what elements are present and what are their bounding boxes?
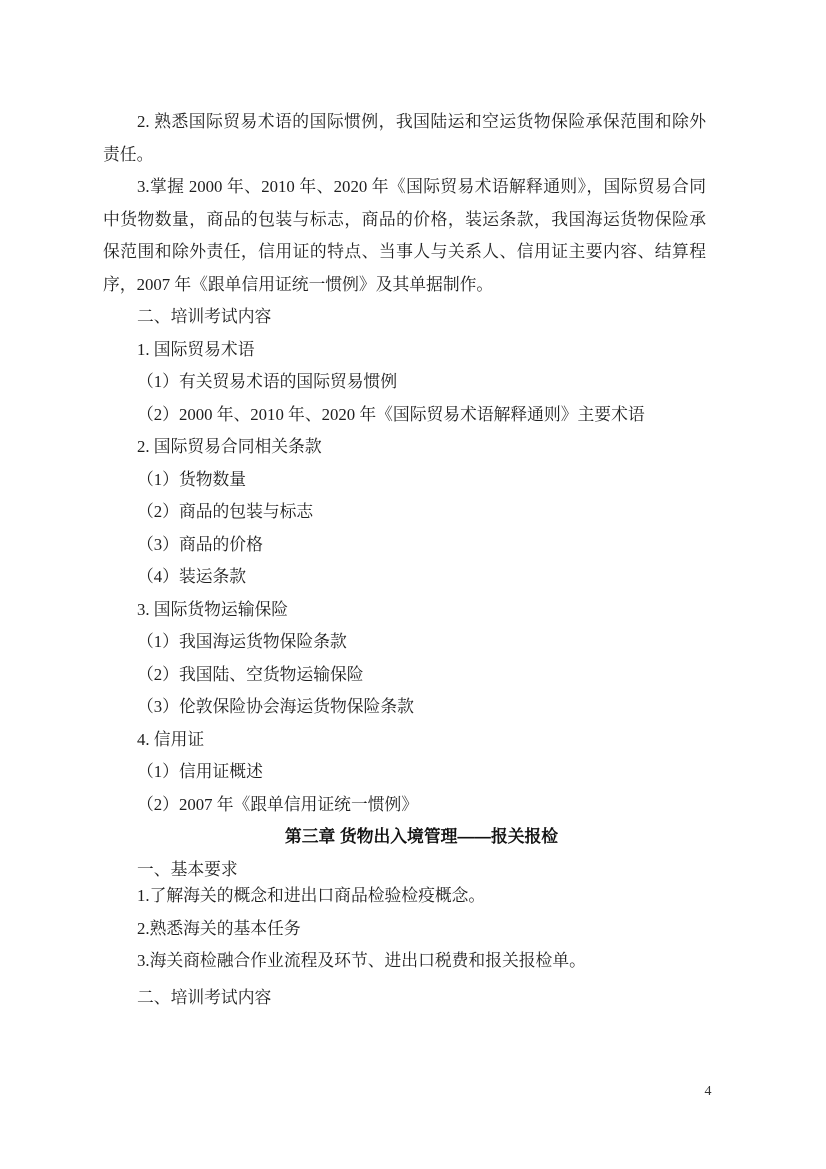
outline-item: （2）商品的包装与标志 (103, 496, 706, 529)
training-content-heading: 二、培训考试内容 (103, 301, 706, 334)
document-page: 2. 熟悉国际贸易术语的国际惯例，我国陆运和空运货物保险承保范围和除外责任。 3… (0, 0, 826, 1169)
outline-item: （3）商品的价格 (103, 529, 706, 562)
training-content-heading-chapter3: 二、培训考试内容 (103, 982, 706, 1015)
requirement-paragraph-2: 2. 熟悉国际贸易术语的国际惯例，我国陆运和空运货物保险承保范围和除外责任。 (103, 106, 706, 171)
outline-item: 2. 国际贸易合同相关条款 (103, 431, 706, 464)
requirement-item: 3.海关商检融合作业流程及环节、进出口税费和报关报检单。 (103, 945, 706, 978)
outline-item: 4. 信用证 (103, 724, 706, 757)
outline-item: （1）有关贸易术语的国际贸易惯例 (103, 366, 706, 399)
outline-item: （2）2000 年、2010 年、2020 年《国际贸易术语解释通则》主要术语 (103, 399, 706, 432)
outline-item: （1）信用证概述 (103, 756, 706, 789)
outline-item: 1. 国际贸易术语 (103, 334, 706, 367)
outline-item: 3. 国际货物运输保险 (103, 594, 706, 627)
outline-item: （1）我国海运货物保险条款 (103, 626, 706, 659)
outline-item: （4）装运条款 (103, 561, 706, 594)
outline-item: （2）2007 年《跟单信用证统一惯例》 (103, 789, 706, 822)
page-number: 4 (698, 1083, 718, 1101)
requirement-item: 1.了解海关的概念和进出口商品检验检疫概念。 (103, 880, 706, 913)
requirement-paragraph-3: 3.掌握 2000 年、2010 年、2020 年《国际贸易术语解释通则》，国际… (103, 171, 706, 301)
chapter-title: 第三章 货物出入境管理——报关报检 (103, 821, 706, 854)
requirement-item: 2.熟悉海关的基本任务 (103, 913, 706, 946)
page-content: 2. 熟悉国际贸易术语的国际惯例，我国陆运和空运货物保险承保范围和除外责任。 3… (103, 0, 706, 1014)
outline-item: （2）我国陆、空货物运输保险 (103, 659, 706, 692)
outline-item: （3）伦敦保险协会海运货物保险条款 (103, 691, 706, 724)
outline-item: （1）货物数量 (103, 464, 706, 497)
